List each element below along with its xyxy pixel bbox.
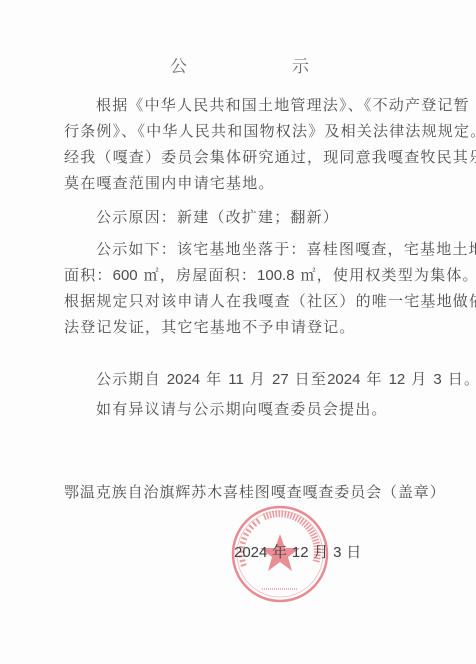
day-char: 日 (289, 370, 311, 388)
period-end: 。 (464, 370, 476, 388)
day-char: 日 (342, 543, 362, 561)
details-line4: 法登记发证，其它宅基地不予申请登记。 (64, 318, 356, 336)
month-char: 月 (244, 370, 272, 388)
details-line3: 根据规定只对该申请人在我嘎查（社区）的唯一宅基地做依 (64, 292, 476, 310)
month-char: 月 (405, 370, 433, 388)
end-year: 2024 (327, 371, 360, 388)
end-day: 3 (433, 371, 441, 388)
paragraph1-line2: 行条例》、《中华人民共和国物权法》及相关法律法规规定。 (64, 122, 476, 140)
objection-line: 如有异议请与公示期向嘎查委员会提出。 (96, 400, 388, 418)
sign-day: 3 (333, 544, 341, 561)
sign-month: 12 (292, 544, 309, 561)
end-month: 12 (389, 371, 406, 388)
house-area-unit: ㎡ (301, 266, 317, 284)
use-right-type: ，使用权类型为集体。 (317, 266, 476, 284)
land-area-value: 600 (113, 267, 138, 284)
title-char-2: 示 (292, 52, 309, 77)
land-area-label: 面积： (64, 266, 113, 284)
sign-date: 2024 年 12 月 3 日 (234, 541, 361, 562)
start-day: 27 (272, 371, 289, 388)
reason-line: 公示原因：新建（改扩建；翻新） (96, 208, 339, 226)
details-line2: 面积：600 ㎡，房屋面积：100.8 ㎡，使用权类型为集体。 (64, 266, 476, 285)
year-char: 年 (200, 370, 228, 388)
details-line1: 公示如下：该宅基地坐落于：喜桂图嘎查，宅基地土地 (96, 240, 476, 258)
day-char: 日 (442, 370, 464, 388)
start-year: 2024 (167, 371, 200, 388)
land-area-unit: ㎡ (144, 266, 160, 284)
month-char: 月 (309, 543, 334, 561)
year-char: 年 (267, 543, 292, 561)
house-area-value: 100.8 (257, 267, 295, 284)
paragraph1-line1: 根据《中华人民共和国土地管理法》、《不动产登记暂 (96, 96, 470, 114)
period-line: 公示期自 2024 年 11 月 27 日至2024 年 12 月 3 日。 (96, 370, 476, 389)
title-char-1: 公 (170, 52, 187, 77)
paragraph1-line3: 经我（嘎查）委员会集体研究通过，现同意我嘎查牧民其乐 (64, 148, 476, 166)
notice-page: 公 示 根据《中华人民共和国土地管理法》、《不动产登记暂 行条例》、《中华人民共… (0, 0, 476, 664)
to-char: 至 (311, 370, 327, 388)
paragraph1-line4: 莫在嘎查范围内申请宅基地。 (64, 174, 275, 192)
year-char: 年 (360, 370, 388, 388)
house-area-label: ，房屋面积： (160, 266, 257, 284)
issuer-line: 鄂温克族自治旗辉苏木喜桂图嘎查嘎查委员会（盖章） (64, 483, 446, 501)
period-prefix: 公示期自 (96, 370, 167, 388)
sign-year: 2024 (234, 544, 267, 561)
start-month: 11 (228, 371, 244, 388)
